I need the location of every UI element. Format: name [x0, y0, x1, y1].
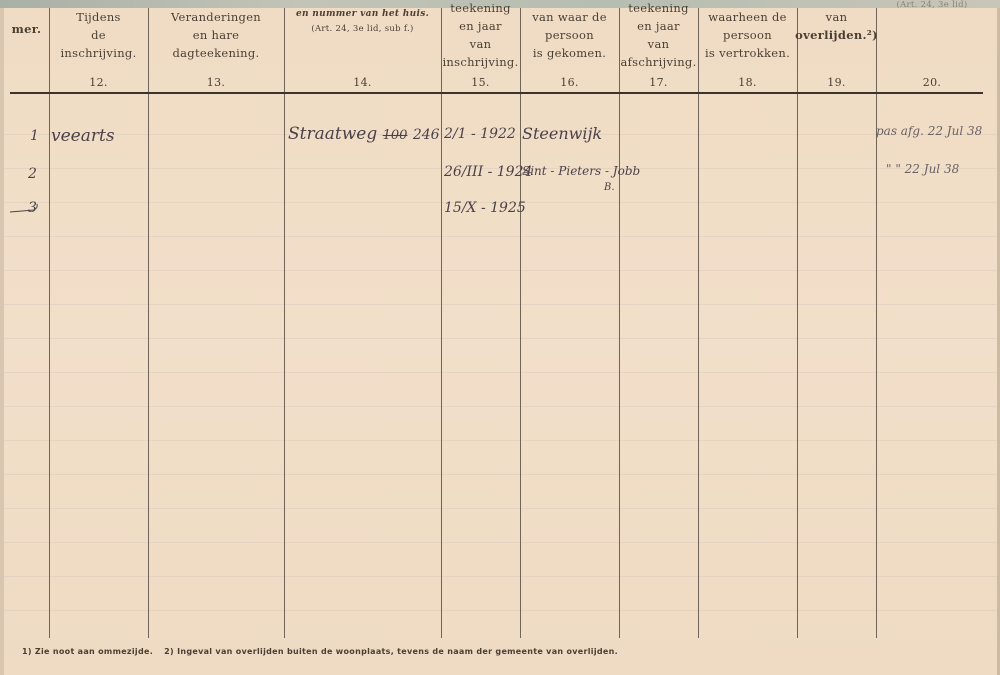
header-text: van waar de [532, 8, 607, 26]
header-text: inschrijving. [60, 44, 136, 62]
header-text: en hare [193, 26, 240, 44]
header-text: mer. [12, 20, 42, 38]
ruled-line [4, 304, 997, 305]
column-number: 19. [797, 74, 876, 92]
header-text: en jaar [459, 17, 502, 35]
column-header-17: teekening en jaar van afschrijving. 17. [619, 8, 698, 92]
ruled-line [4, 236, 997, 237]
occupation-entry: veearts [51, 126, 115, 146]
column-header-20: (Art. 24, 3e lid) 20. [876, 8, 988, 92]
header-text: teekening [628, 0, 689, 17]
register-card: mer. Tijdens de inschrijving. 12. Verand… [0, 0, 1000, 675]
column-number: 12. [49, 74, 148, 92]
column-divider [148, 8, 149, 638]
header-text: en nummer van het huis. [296, 8, 429, 20]
column-number: 17. [619, 74, 698, 92]
header-text: en jaar [637, 17, 680, 35]
column-divider [520, 8, 521, 638]
header-text: is gekomen. [533, 44, 606, 62]
column-divider [619, 8, 620, 638]
column-divider [698, 8, 699, 638]
header-text: van [826, 8, 848, 26]
column-header-12: Tijdens de inschrijving. 12. [49, 8, 148, 92]
header-text: van [648, 35, 670, 53]
column-divider [797, 8, 798, 638]
column-number: 16. [520, 74, 619, 92]
ruled-line [4, 576, 997, 577]
column-divider [441, 8, 442, 638]
column-number: 13. [148, 74, 284, 92]
column-number: 14. [284, 74, 441, 92]
row-number-1: 1 [30, 128, 39, 144]
ruled-line [4, 508, 997, 509]
ruled-line [4, 406, 997, 407]
row-number-2: 2 [28, 166, 37, 182]
new-house-number: 246 [413, 127, 440, 143]
header-text: Veranderingen [171, 8, 261, 26]
ruled-line [4, 542, 997, 543]
street-name: Straatweg [288, 124, 377, 144]
column-divider [876, 8, 877, 638]
column-header-14: en nummer van het huis. (Art. 24, 3e lid… [284, 8, 441, 92]
header-text: (Art. 24, 3e lid) [897, 0, 968, 12]
address-entry: Straatweg 100 246 [288, 124, 440, 144]
origin-place-2: Sint - Pieters - Jobb [522, 164, 640, 178]
header-text: persoon [723, 26, 772, 44]
header-text: van [470, 35, 492, 53]
header-text: inschrijving. [442, 53, 518, 71]
origin-place-2-suffix: B. [604, 182, 615, 193]
handwritten-dash-mark [8, 202, 40, 216]
header-text: overlijden.²) [795, 26, 878, 44]
column-number: 15. [441, 74, 520, 92]
header-rule [10, 92, 983, 94]
column-divider [284, 8, 285, 638]
column-header-nr: mer. [4, 8, 49, 92]
header-text: Tijdens [76, 8, 121, 26]
header-text: afschrijving. [620, 53, 696, 71]
header-text: teekening [450, 0, 511, 17]
ruled-line [4, 610, 997, 611]
registration-date-2: 26/III - 1924 [444, 164, 532, 180]
column-header-16: van waar de persoon is gekomen. 16. [520, 8, 619, 92]
column-header-18: waarheen de persoon is vertrokken. 18. [698, 8, 797, 92]
ruled-line [4, 338, 997, 339]
header-text: waarheen de [708, 8, 787, 26]
ruled-line [4, 440, 997, 441]
column-number: 20. [876, 74, 988, 92]
remarks-entry-2: " " 22 Jul 38 [886, 162, 959, 176]
column-header-19: van overlijden.²) 19. [797, 8, 876, 92]
header-text: is vertrokken. [705, 44, 790, 62]
footnote-2: 2) Ingeval van overlijden buiten de woon… [164, 647, 618, 656]
ruled-line [4, 474, 997, 475]
origin-place-1: Steenwijk [522, 124, 602, 143]
ruled-line [4, 372, 997, 373]
registration-date-3: 15/X - 1925 [444, 200, 526, 216]
old-house-number: 100 [383, 128, 408, 143]
column-header-13: Veranderingen en hare dagteekening. 13. [148, 8, 284, 92]
footnote-1: 1) Zie noot aan ommezijde. [22, 647, 153, 656]
scan-edge-left [0, 8, 4, 675]
remarks-entry-1: pas afg. 22 Jul 38 [876, 124, 982, 138]
header-text: de [91, 26, 106, 44]
footnote: 1) Zie noot aan ommezijde. 2) Ingeval va… [22, 647, 626, 656]
header-text: persoon [545, 26, 594, 44]
column-number: 18. [698, 74, 797, 92]
registration-date-1: 2/1 - 1922 [444, 126, 516, 142]
header-text: (Art. 24, 3e lid, sub f.) [311, 22, 413, 36]
column-header-15: teekening en jaar van inschrijving. 15. [441, 8, 520, 92]
ruled-line [4, 270, 997, 271]
column-divider [49, 8, 50, 638]
header-text: dagteekening. [172, 44, 259, 62]
